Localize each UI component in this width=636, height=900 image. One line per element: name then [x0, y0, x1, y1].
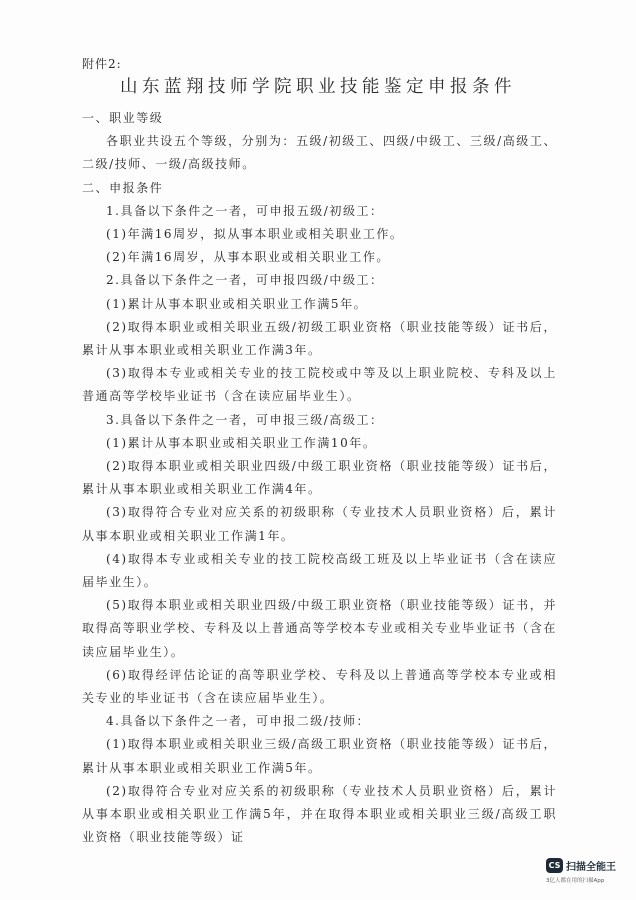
scanner-watermark: CS 扫描全能王 3亿人都在用的扫描App: [546, 858, 632, 884]
watermark-tagline: 3亿人都在用的扫描App: [546, 876, 632, 884]
condition-heading: 2.具备以下条件之一者，可申报四级/中级工：: [82, 269, 557, 292]
condition-heading: 1.具备以下条件之一者，可申报五级/初级工：: [82, 200, 557, 223]
condition-heading: 3.具备以下条件之一者，可申报三级/高级工：: [82, 409, 557, 432]
condition-item: (1)取得本职业或相关职业三级/高级工职业资格（职业技能等级）证书后，累计从事本…: [82, 733, 557, 779]
condition-item: (2)取得符合专业对应关系的初级职称（专业技术人员职业资格）后，累计从事本职业或…: [82, 780, 557, 850]
condition-heading: 4.具备以下条件之一者，可申报二级/技师：: [82, 710, 557, 733]
paragraph: 各职业共设五个等级，分别为：五级/初级工、四级/中级工、三级/高级工、二级/技师…: [82, 130, 557, 176]
condition-item: (1)累计从事本职业或相关职业工作满5年。: [82, 293, 557, 316]
condition-item: (2)取得本职业或相关职业四级/中级工职业资格（职业技能等级）证书后，累计从事本…: [82, 455, 557, 501]
condition-item: (5)取得本职业或相关职业四级/中级工职业资格（职业技能等级）证书，并取得高等职…: [82, 594, 557, 664]
document-title: 山东蓝翔技师学院职业技能鉴定申报条件: [0, 73, 636, 98]
condition-item: (2)取得本职业或相关职业五级/初级工职业资格（职业技能等级）证书后，累计从事本…: [82, 316, 557, 362]
camscanner-logo-icon: CS: [546, 858, 563, 873]
condition-item: (6)取得经评估论证的高等职业学校、专科及以上普通高等学校本专业或相关专业的毕业…: [82, 664, 557, 710]
condition-item: (3)取得符合专业对应关系的初级职称（专业技术人员职业资格）后，累计从事本职业或…: [82, 501, 557, 547]
scanned-page: 附件2: 山东蓝翔技师学院职业技能鉴定申报条件 一、职业等级 各职业共设五个等级…: [0, 0, 636, 900]
document-body: 一、职业等级 各职业共设五个等级，分别为：五级/初级工、四级/中级工、三级/高级…: [82, 107, 557, 850]
section-heading: 一、职业等级: [82, 107, 557, 130]
condition-item: (1)年满16周岁，拟从事本职业或相关职业工作。: [82, 223, 557, 246]
condition-item: (4)取得本专业或相关专业的技工院校高级工班及以上毕业证书（含在读应届毕业生）。: [82, 548, 557, 594]
section-heading: 二、申报条件: [82, 177, 557, 200]
condition-item: (1)累计从事本职业或相关职业工作满10年。: [82, 432, 557, 455]
attachment-label: 附件2:: [82, 55, 122, 72]
condition-item: (3)取得本专业或相关专业的技工院校或中等及以上职业院校、专科及以上普通高等学校…: [82, 362, 557, 408]
watermark-app-name: 扫描全能王: [566, 858, 616, 873]
condition-item: (2)年满16周岁，从事本职业或相关职业工作。: [82, 246, 557, 269]
